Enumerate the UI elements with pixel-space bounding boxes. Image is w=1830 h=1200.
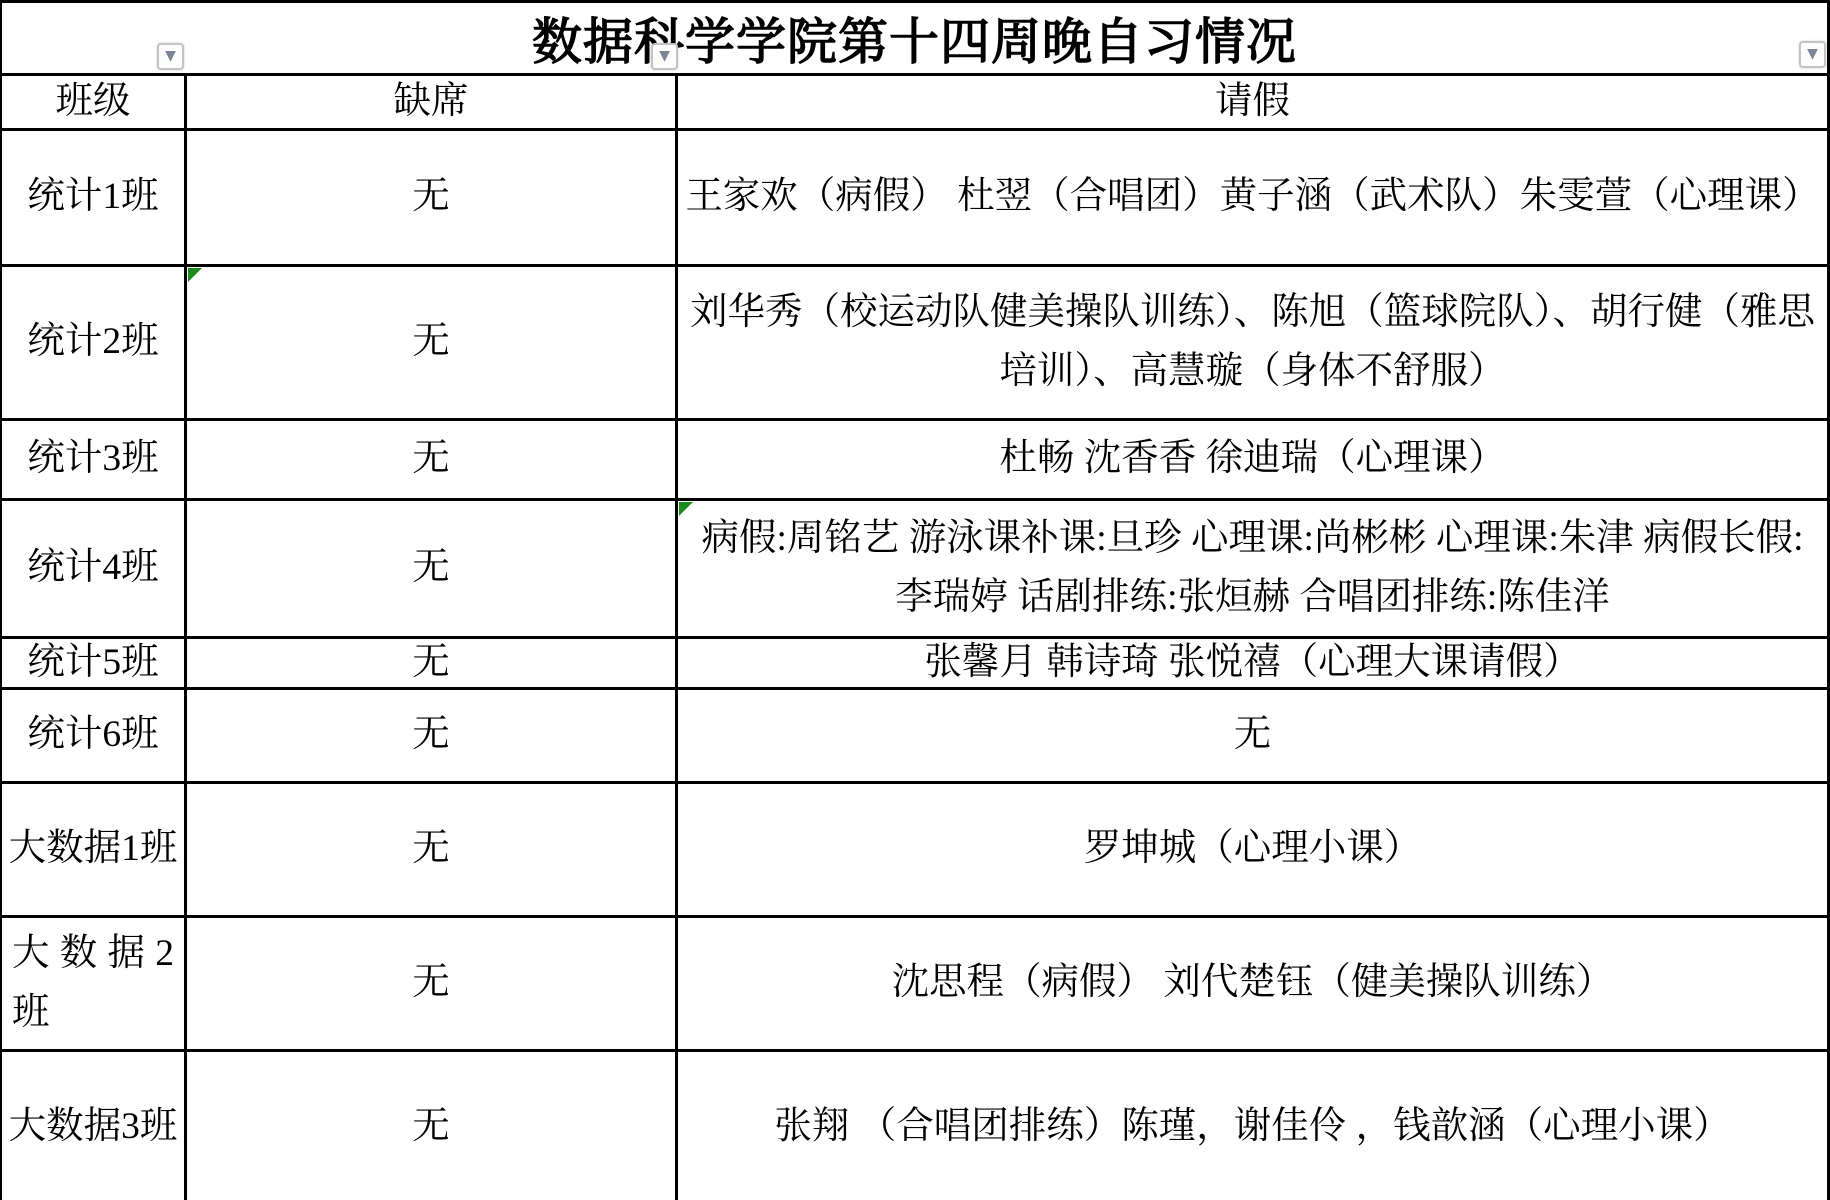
cell-absent[interactable]: 无 bbox=[187, 501, 678, 636]
absent-value: 无 bbox=[187, 313, 675, 371]
column-header-label: 缺席 bbox=[187, 73, 675, 131]
leave-value: 王家欢（病假） 杜翌（合唱团）黄子涵（武术队）朱雯萱（心理课） bbox=[684, 168, 1821, 226]
leave-value: 杜畅 沈香香 徐迪瑞（心理课） bbox=[684, 430, 1821, 488]
filter-button-class-column[interactable]: ▼ bbox=[157, 43, 184, 70]
leave-value: 病假:周铭艺 游泳课补课:旦珍 心理课:尚彬彬 心理课:朱津 病假长假:李瑞婷 … bbox=[684, 510, 1821, 626]
cell-leave[interactable]: 无 bbox=[678, 690, 1827, 781]
cell-leave[interactable]: 沈思程（病假） 刘代楚钰（健美操队训练） bbox=[678, 918, 1827, 1049]
leave-value: 罗坤城（心理小课） bbox=[684, 820, 1821, 878]
absent-value: 无 bbox=[187, 820, 675, 878]
absent-value: 无 bbox=[187, 634, 675, 692]
absent-value: 无 bbox=[187, 430, 675, 488]
leave-value: 沈思程（病假） 刘代楚钰（健美操队训练） bbox=[684, 954, 1821, 1012]
class-name: 统计1班 bbox=[6, 168, 180, 226]
table-row: 统计2班 无 刘华秀（校运动队健美操队训练）、陈旭（篮球院队）、胡行健（雅思培训… bbox=[2, 264, 1827, 418]
absent-value: 无 bbox=[187, 539, 675, 597]
filter-dropdown-icon: ▼ bbox=[659, 49, 670, 63]
header-cell-leave[interactable]: 请假 bbox=[678, 76, 1827, 128]
class-name: 大数据3班 bbox=[6, 1098, 180, 1156]
class-name: 统计5班 bbox=[6, 634, 180, 692]
absent-value: 无 bbox=[187, 706, 675, 764]
cell-leave[interactable]: 王家欢（病假） 杜翌（合唱团）黄子涵（武术队）朱雯萱（心理课） bbox=[678, 131, 1827, 264]
cell-absent[interactable]: 无 bbox=[187, 918, 678, 1049]
table-row: 统计3班 无 杜畅 沈香香 徐迪瑞（心理课） bbox=[2, 418, 1827, 498]
header-cell-absent[interactable]: 缺席 bbox=[187, 76, 678, 128]
cell-absent[interactable]: 无 bbox=[187, 267, 678, 418]
note-triangle-icon bbox=[188, 268, 202, 282]
cell-class[interactable]: 大数据3班 bbox=[2, 1052, 187, 1200]
cell-class[interactable]: 大数据1班 bbox=[2, 784, 187, 915]
cell-absent[interactable]: 无 bbox=[187, 421, 678, 498]
filter-dropdown-icon: ▼ bbox=[165, 49, 176, 63]
column-header-label: 请假 bbox=[684, 73, 1821, 131]
header-cell-class[interactable]: 班级 bbox=[2, 76, 187, 128]
absent-value: 无 bbox=[187, 1098, 675, 1156]
class-name: 大数据2班 bbox=[6, 925, 180, 1041]
page-title: 数据科学学院第十四周晚自习情况 bbox=[532, 2, 1297, 74]
leave-value: 无 bbox=[684, 706, 1821, 764]
table-row: 统计4班 无 病假:周铭艺 游泳课补课:旦珍 心理课:尚彬彬 心理课:朱津 病假… bbox=[2, 498, 1827, 636]
cell-class[interactable]: 统计1班 bbox=[2, 131, 187, 264]
spreadsheet-table: ▼ ▼ ▼ 数据科学学院第十四周晚自习情况 班级 缺席 请假 统计1班 无 王家… bbox=[0, 0, 1830, 1200]
table-row: 统计6班 无 无 bbox=[2, 687, 1827, 781]
cell-leave[interactable]: 罗坤城（心理小课） bbox=[678, 784, 1827, 915]
cell-absent[interactable]: 无 bbox=[187, 784, 678, 915]
class-name: 统计3班 bbox=[6, 430, 180, 488]
cell-class[interactable]: 统计3班 bbox=[2, 421, 187, 498]
cell-class[interactable]: 统计5班 bbox=[2, 639, 187, 687]
table-row: 统计5班 无 张馨月 韩诗琦 张悦禧（心理大课请假） bbox=[2, 636, 1827, 687]
table-row: 统计1班 无 王家欢（病假） 杜翌（合唱团）黄子涵（武术队）朱雯萱（心理课） bbox=[2, 128, 1827, 264]
cell-class[interactable]: 统计6班 bbox=[2, 690, 187, 781]
cell-absent[interactable]: 无 bbox=[187, 1052, 678, 1200]
title-cell[interactable]: 数据科学学院第十四周晚自习情况 bbox=[2, 3, 1827, 73]
absent-value: 无 bbox=[187, 954, 675, 1012]
title-row: 数据科学学院第十四周晚自习情况 bbox=[2, 3, 1827, 73]
cell-leave[interactable]: 张翔 （合唱团排练）陈瑾，谢佳伶 ，钱歆涵（心理小课） bbox=[678, 1052, 1827, 1200]
class-name: 统计4班 bbox=[6, 539, 180, 597]
filter-button-absent-column[interactable]: ▼ bbox=[651, 43, 678, 70]
table-row: 大数据1班 无 罗坤城（心理小课） bbox=[2, 781, 1827, 915]
class-name: 统计2班 bbox=[6, 313, 180, 371]
leave-value: 张翔 （合唱团排练）陈瑾，谢佳伶 ，钱歆涵（心理小课） bbox=[684, 1098, 1821, 1156]
cell-class[interactable]: 大数据2班 bbox=[2, 918, 187, 1049]
cell-absent[interactable]: 无 bbox=[187, 639, 678, 687]
filter-dropdown-icon: ▼ bbox=[1807, 47, 1818, 61]
class-name: 统计6班 bbox=[6, 706, 180, 764]
table-row: 大数据3班 无 张翔 （合唱团排练）陈瑾，谢佳伶 ，钱歆涵（心理小课） bbox=[2, 1049, 1827, 1200]
leave-value: 刘华秀（校运动队健美操队训练）、陈旭（篮球院队）、胡行健（雅思培训）、高慧璇（身… bbox=[684, 284, 1821, 400]
filter-button-leave-column[interactable]: ▼ bbox=[1799, 41, 1826, 68]
cell-leave[interactable]: 病假:周铭艺 游泳课补课:旦珍 心理课:尚彬彬 心理课:朱津 病假长假:李瑞婷 … bbox=[678, 501, 1827, 636]
absent-value: 无 bbox=[187, 168, 675, 226]
cell-leave[interactable]: 杜畅 沈香香 徐迪瑞（心理课） bbox=[678, 421, 1827, 498]
cell-class[interactable]: 统计2班 bbox=[2, 267, 187, 418]
cell-class[interactable]: 统计4班 bbox=[2, 501, 187, 636]
class-name: 大数据1班 bbox=[6, 820, 180, 878]
cell-absent[interactable]: 无 bbox=[187, 131, 678, 264]
header-row: 班级 缺席 请假 bbox=[2, 73, 1827, 128]
column-header-label: 班级 bbox=[6, 73, 180, 131]
cell-absent[interactable]: 无 bbox=[187, 690, 678, 781]
cell-leave[interactable]: 张馨月 韩诗琦 张悦禧（心理大课请假） bbox=[678, 639, 1827, 687]
leave-value: 张馨月 韩诗琦 张悦禧（心理大课请假） bbox=[684, 634, 1821, 692]
table-row: 大数据2班 无 沈思程（病假） 刘代楚钰（健美操队训练） bbox=[2, 915, 1827, 1049]
cell-leave[interactable]: 刘华秀（校运动队健美操队训练）、陈旭（篮球院队）、胡行健（雅思培训）、高慧璇（身… bbox=[678, 267, 1827, 418]
